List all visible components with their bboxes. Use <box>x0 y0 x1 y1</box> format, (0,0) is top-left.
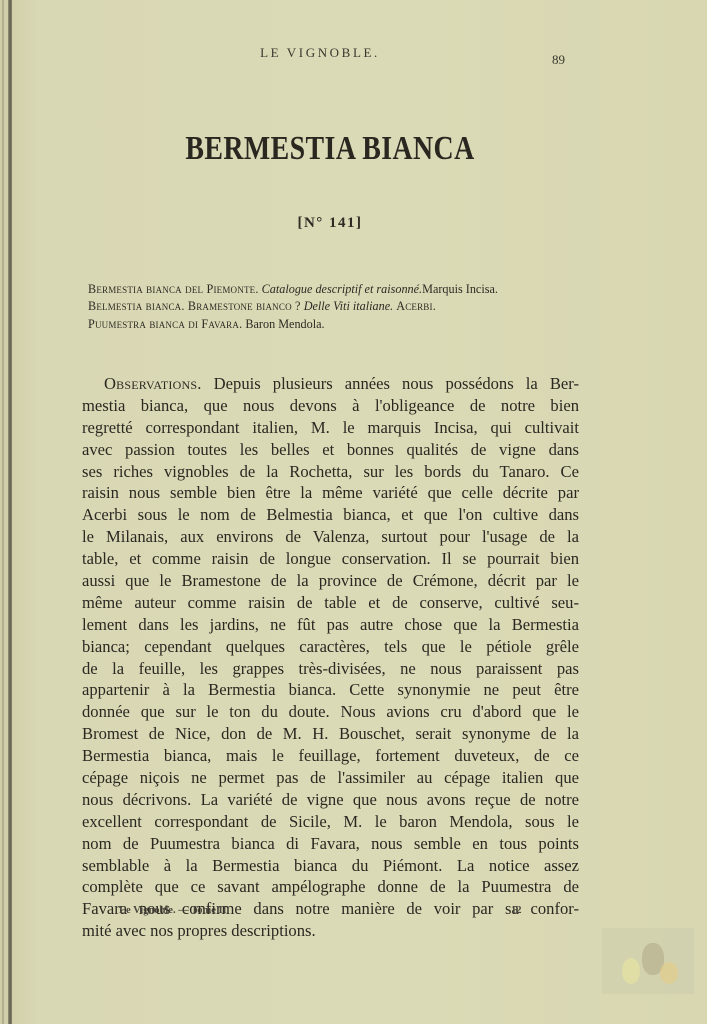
sheet-number: 12 <box>511 905 522 916</box>
signature-mark: Le Vignoble. — Tome II. <box>119 905 229 916</box>
synonym-author: Marquis Incisa. <box>422 282 498 296</box>
body-line: appartenir à la Bermestia bianca. Cette … <box>82 679 579 701</box>
body-line: le Milanais, aux environs de Valenza, su… <box>82 526 579 548</box>
synonym-source: Catalogue descriptif et raisonné. <box>262 282 422 296</box>
page-number: 89 <box>552 52 565 68</box>
running-head: LE VIGNOBLE. <box>0 45 640 61</box>
body-line: lement dans les jardins, ne fût pas autr… <box>82 614 579 636</box>
observations-paragraph: Observations. Depuis plusieurs années no… <box>82 373 579 942</box>
observations-label: Observations. <box>104 374 202 393</box>
body-line: de la feuille, les grappes très-divisées… <box>82 658 579 680</box>
body-line: Observations. Depuis plusieurs années no… <box>82 373 579 395</box>
body-line: Bermestia bianca, mais le feuillage, for… <box>82 745 579 767</box>
synonym-entry: Puumestra bianca di Favara. Baron Mendol… <box>88 316 608 333</box>
body-line: nom de Puumestra bianca di Favara, nous … <box>82 833 579 855</box>
body-line: semblable à la Bermestia bianca du Piémo… <box>82 855 579 877</box>
watermark-shape <box>660 962 678 984</box>
watermark-logo-icon <box>602 928 694 994</box>
synonym-list: Bermestia bianca del Piemonte. Catalogue… <box>88 281 608 333</box>
body-line: bianca; cependant quelques caractères, t… <box>82 636 579 658</box>
page-edge <box>2 0 4 1024</box>
body-line: mité avec nos propres descriptions. <box>82 920 579 942</box>
synonym-entry: Bermestia bianca del Piemonte. Catalogue… <box>88 281 608 298</box>
body-line: ses riches vignobles de la Rochetta, sur… <box>82 461 579 483</box>
synonym-name: Belmestia bianca. Bramestone bianco ? <box>88 299 301 313</box>
book-page: LE VIGNOBLE. 89 BERMESTIA BIANCA [N° 141… <box>0 0 707 1024</box>
synonym-entry: Belmestia bianca. Bramestone bianco ? De… <box>88 298 608 315</box>
body-line: excellent correspondant de Sicile, M. le… <box>82 811 579 833</box>
synonym-author: Acerbi. <box>396 299 436 313</box>
body-line: regretté correspondant italien, M. le ma… <box>82 417 579 439</box>
body-line: même auteur comme raisin de table et de … <box>82 592 579 614</box>
body-line: avec passion toutes les belles et bonnes… <box>82 439 579 461</box>
body-line: aussi que le Bramestone de la province d… <box>82 570 579 592</box>
body-line: Acerbi sous le nom de Belmestia bianca, … <box>82 504 579 526</box>
book-binding-gutter <box>8 0 12 1024</box>
body-line: raisin nous semble bien être la même var… <box>82 482 579 504</box>
body-line: nous décrivons. La variété de vigne que … <box>82 789 579 811</box>
body-line-text: Depuis plusieurs années nous possédons l… <box>214 374 579 393</box>
entry-title: BERMESTIA BIANCA <box>59 130 600 168</box>
synonym-name: Bermestia bianca del Piemonte. <box>88 282 259 296</box>
synonym-name: Puumestra bianca di Favara. <box>88 317 242 331</box>
body-line: donnée que sur le ton du doute. Nous avi… <box>82 701 579 723</box>
body-line: complète que ce savant ampélographe donn… <box>82 876 579 898</box>
body-line: Bromest de Nice, don de M. H. Bouschet, … <box>82 723 579 745</box>
synonym-source: Delle Viti italiane. <box>304 299 393 313</box>
watermark-shape <box>622 958 640 984</box>
body-line: table, et comme raisin de longue conserv… <box>82 548 579 570</box>
body-line: mestia bianca, que nous devons à l'oblig… <box>82 395 579 417</box>
body-line: cépage niçois ne permet pas de l'assimil… <box>82 767 579 789</box>
synonym-author: Baron Mendola. <box>245 317 324 331</box>
entry-number: [N° 141] <box>0 215 660 232</box>
